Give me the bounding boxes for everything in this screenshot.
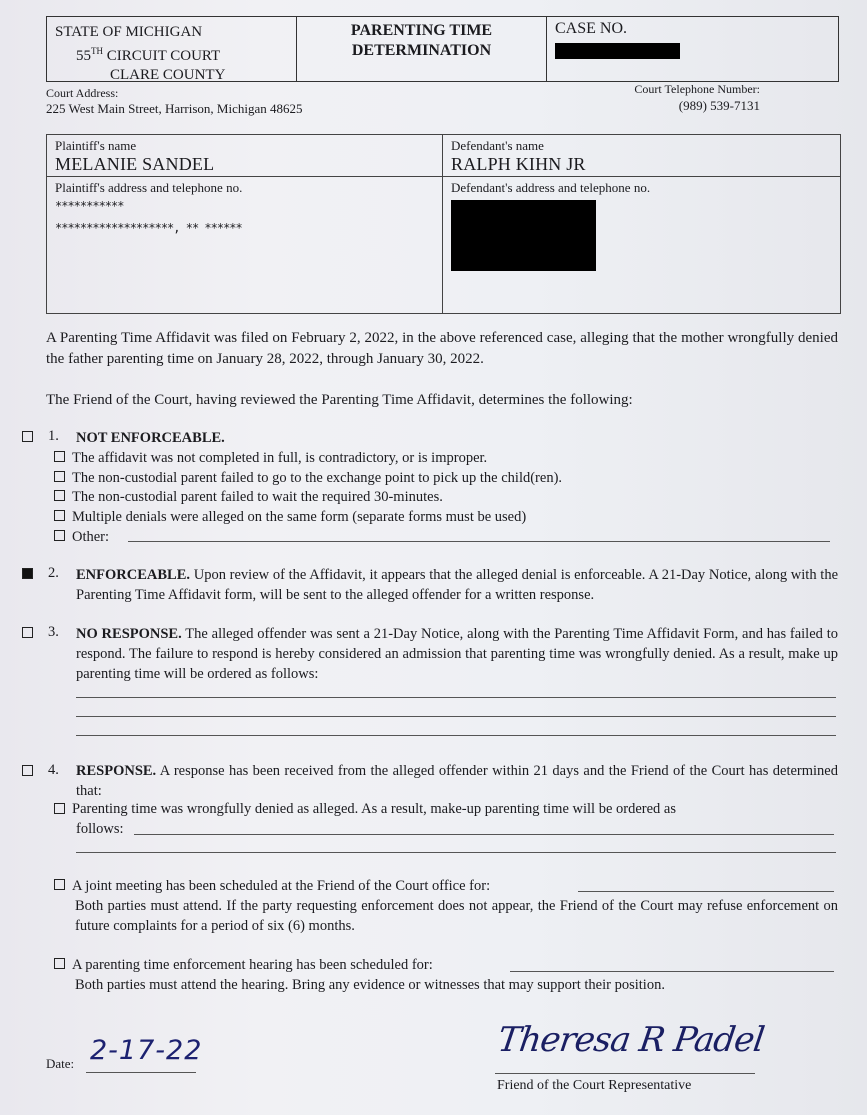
joint-meeting-date-line[interactable] [578, 891, 834, 892]
date-line [86, 1072, 196, 1073]
representative-signature: Theresa R Padel [495, 1020, 766, 1060]
option-4-sub-1: Parenting time was wrongfully denied as … [54, 799, 838, 819]
defendant-name: RALPH KIHN JR [451, 153, 840, 175]
joint-meeting-note: Both parties must attend. If the party r… [75, 896, 838, 936]
court-address-label: Court Address: [46, 86, 303, 100]
form-title: PARENTING TIME DETERMINATION [297, 17, 547, 81]
option-2-text: ENFORCEABLE. Upon review of the Affidavi… [76, 565, 838, 605]
court-name-cell: STATE OF MICHIGAN 55TH CIRCUIT COURT CLA… [47, 17, 297, 81]
makeup-line-2[interactable] [76, 716, 836, 717]
option-4-checkbox[interactable] [22, 765, 33, 776]
checkbox[interactable] [54, 530, 65, 541]
plaintiff-address-line1: *********** [55, 199, 442, 213]
court-address-value: 225 West Main Street, Harrison, Michigan… [46, 102, 303, 116]
plaintiff-column: Plaintiff's name MELANIE SANDEL Plaintif… [47, 135, 443, 313]
representative-label: Friend of the Court Representative [497, 1078, 691, 1094]
checkbox[interactable] [54, 803, 65, 814]
option-3-text: NO RESPONSE. The alleged offender was se… [76, 624, 838, 684]
makeup-field-line-1[interactable] [134, 834, 834, 835]
header-table: STATE OF MICHIGAN 55TH CIRCUIT COURT CLA… [46, 16, 839, 82]
option-1-sub-3: The non-custodial parent failed to wait … [54, 487, 443, 507]
county-label: CLARE COUNTY [55, 66, 296, 85]
plaintiff-address-label: Plaintiff's address and telephone no. [55, 180, 442, 195]
option-4-number: 4. [48, 762, 59, 779]
checkbox[interactable] [54, 958, 65, 969]
date-label: Date: [46, 1056, 74, 1072]
checkbox[interactable] [54, 451, 65, 462]
court-telephone: Court Telephone Number: (989) 539-7131 [600, 82, 760, 113]
option-1-sub-2: The non-custodial parent failed to go to… [54, 468, 562, 488]
option-2-number: 2. [48, 565, 59, 582]
option-3-checkbox[interactable] [22, 627, 33, 638]
checkbox[interactable] [54, 510, 65, 521]
checkbox[interactable] [54, 471, 65, 482]
signature-line [495, 1073, 755, 1074]
option-4-sub-3: A parenting time enforcement hearing has… [54, 955, 433, 975]
option-1-sub-4: Multiple denials were alleged on the sam… [54, 507, 526, 527]
follows-label: follows: [76, 819, 124, 839]
case-no-label: CASE NO. [555, 20, 838, 38]
makeup-line-1[interactable] [76, 697, 836, 698]
checkbox[interactable] [54, 879, 65, 890]
case-number-cell: CASE NO. [547, 17, 838, 81]
hearing-date-line[interactable] [510, 971, 834, 972]
court-telephone-label: Court Telephone Number: [600, 82, 760, 96]
checkbox[interactable] [54, 490, 65, 501]
defendant-address-redaction [451, 200, 596, 271]
case-number-redaction [555, 43, 680, 59]
option-1-number: 1. [48, 428, 59, 445]
option-4-sub-2: A joint meeting has been scheduled at th… [54, 876, 490, 896]
hearing-note: Both parties must attend the hearing. Br… [75, 975, 838, 995]
plaintiff-name-label: Plaintiff's name [55, 138, 442, 153]
state-label: STATE OF MICHIGAN [55, 23, 296, 42]
date-value-handwritten: 2-17-22 [90, 1035, 202, 1066]
defendant-name-label: Defendant's name [451, 138, 840, 153]
court-address: Court Address: 225 West Main Street, Har… [46, 86, 303, 116]
circuit-court-label: 55TH CIRCUIT COURT [55, 42, 296, 66]
option-4-text: RESPONSE. A response has been received f… [76, 761, 838, 801]
makeup-field-line-2[interactable] [76, 852, 836, 853]
option-1-checkbox[interactable] [22, 431, 33, 442]
plaintiff-address-line2: *******************, ** ****** [55, 221, 442, 235]
defendant-address-label: Defendant's address and telephone no. [451, 180, 840, 195]
parties-table: Plaintiff's name MELANIE SANDEL Plaintif… [46, 134, 841, 314]
court-telephone-value: (989) 539-7131 [600, 99, 760, 113]
other-field-line[interactable] [128, 541, 830, 542]
makeup-line-3[interactable] [76, 735, 836, 736]
intro-paragraph: A Parenting Time Affidavit was filed on … [46, 328, 838, 370]
option-1-title: NOT ENFORCEABLE. [76, 428, 225, 448]
plaintiff-name: MELANIE SANDEL [55, 153, 442, 175]
defendant-column: Defendant's name RALPH KIHN JR Defendant… [443, 135, 840, 313]
option-1-sub-other: Other: [54, 527, 109, 547]
option-1-sub-1: The affidavit was not completed in full,… [54, 448, 487, 468]
determination-intro: The Friend of the Court, having reviewed… [46, 390, 838, 411]
option-2-checkbox-checked[interactable] [22, 568, 33, 579]
option-3-number: 3. [48, 624, 59, 641]
